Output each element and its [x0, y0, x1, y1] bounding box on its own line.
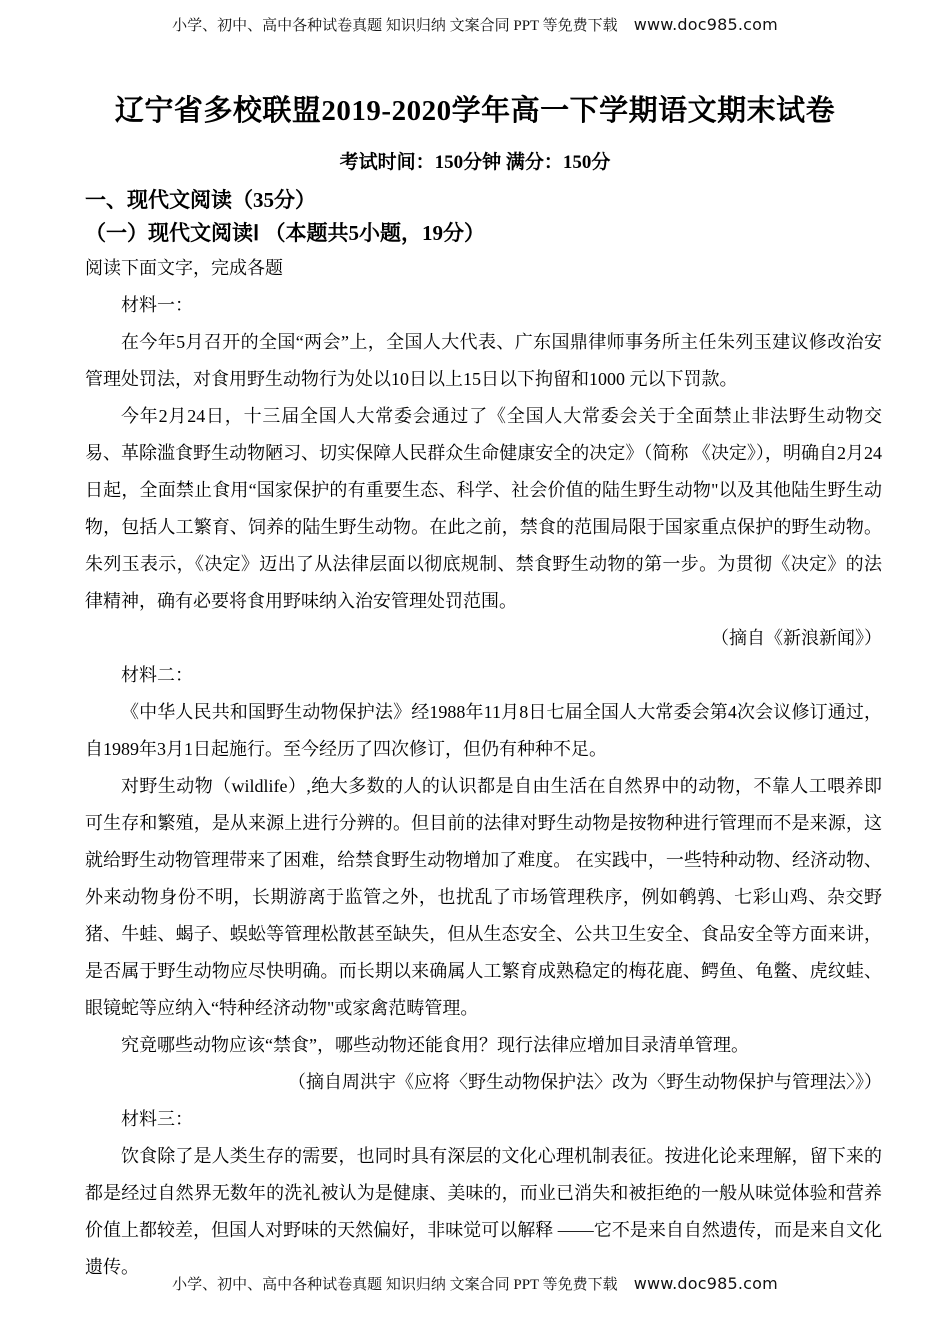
material-1-label: 材料一： — [85, 287, 882, 324]
watermark-footer-text: 小学、初中、高中各种试卷真题 知识归纳 文案合同 PPT 等免费下载 — [172, 1277, 618, 1293]
subsection-heading-reading-1: （一）现代文阅读Ⅰ （本题共5小题，19分） — [85, 217, 882, 250]
material-2-paragraph-2: 对野生动物（wildlife）,绝大多数的人的认识都是自由生活在自然界中的动物，… — [85, 768, 882, 1027]
material-3-paragraph-1: 饮食除了是人类生存的需要，也同时具有深层的文化心理机制表征。按进化论来理解，留下… — [85, 1138, 882, 1286]
material-1-paragraph-2: 今年2月24日，十三届全国人大常委会通过了《全国人大常委会关于全面禁止非法野生动… — [85, 398, 882, 620]
material-2-paragraph-3: 究竟哪些动物应该“禁食”，哪些动物还能食用？现行法律应增加目录清单管理。 — [85, 1027, 882, 1064]
watermark-footer: 小学、初中、高中各种试卷真题 知识归纳 文案合同 PPT 等免费下载www.do… — [0, 1273, 950, 1294]
exam-paper-page: 小学、初中、高中各种试卷真题 知识归纳 文案合同 PPT 等免费下载www.do… — [0, 0, 950, 1344]
exam-info: 考试时间：150分钟 满分：150分 — [0, 147, 950, 174]
material-2-label: 材料二： — [85, 657, 882, 694]
material-2-source: （摘自周洪宇《应将〈野生动物保护法〉改为〈野生动物保护与管理法〉》） — [85, 1064, 882, 1101]
material-1-source: （摘自《新浪新闻》） — [85, 620, 882, 657]
section-heading-modern-reading: 一、现代文阅读（35分） — [85, 184, 882, 217]
watermark-header-text: 小学、初中、高中各种试卷真题 知识归纳 文案合同 PPT 等免费下载 — [172, 18, 618, 34]
document-body: 一、现代文阅读（35分）（一）现代文阅读Ⅰ （本题共5小题，19分）阅读下面文字… — [0, 184, 950, 1286]
watermark-header: 小学、初中、高中各种试卷真题 知识归纳 文案合同 PPT 等免费下载www.do… — [0, 0, 950, 35]
reading-instruction: 阅读下面文字，完成各题 — [85, 250, 882, 287]
material-1-paragraph-1: 在今年5月召开的全国“两会”上，全国人大代表、广东国鼎律师事务所主任朱列玉建议修… — [85, 324, 882, 398]
material-3-label: 材料三： — [85, 1101, 882, 1138]
page-title: 辽宁省多校联盟2019-2020学年高一下学期语文期末试卷 — [40, 93, 910, 131]
watermark-footer-url: www.doc985.com — [634, 1274, 778, 1293]
watermark-header-url: www.doc985.com — [634, 15, 778, 34]
material-2-paragraph-1: 《中华人民共和国野生动物保护法》经1988年11月8日七届全国人大常委会第4次会… — [85, 694, 882, 768]
